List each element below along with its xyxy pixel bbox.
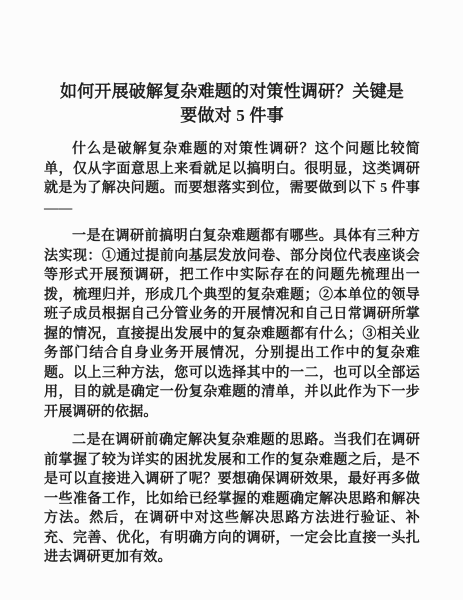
paragraph-intro: 什么是破解复杂难题的对策性调研？这个问题比较简单，仅从字面意思上来看就足以搞明白… (44, 140, 420, 218)
paragraph-point-two: 二是在调研前确定解决复杂难题的思路。当我们在调研前掌握了较为详实的困扰发展和工作… (44, 431, 420, 568)
article-title: 如何开展破解复杂难题的对策性调研？关键是要做对 5 件事 (54, 80, 410, 128)
document-page: 如何开展破解复杂难题的对策性调研？关键是要做对 5 件事 什么是破解复杂难题的对… (0, 0, 463, 600)
paragraph-point-one: 一是在调研前搞明白复杂难题都有哪些。具体有三种方法实现：①通过提前向基层发放问卷… (44, 227, 420, 422)
